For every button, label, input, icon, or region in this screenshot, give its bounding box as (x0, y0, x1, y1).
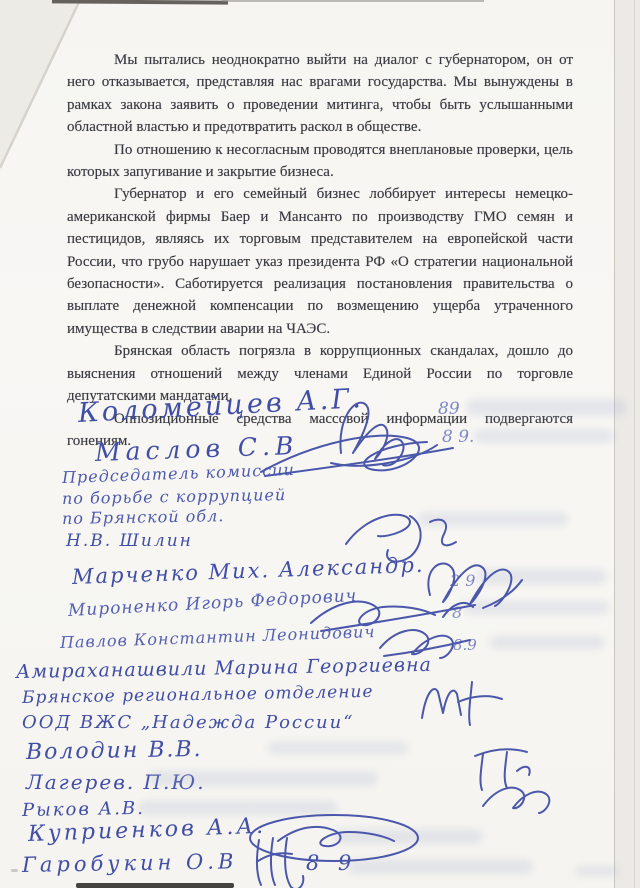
scan-edge-artifact-top-light (222, 0, 484, 2)
signature-org-line-2: ООД ВЖС „Надежда России“ (22, 712, 354, 733)
signature-flourish-9 (475, 776, 563, 821)
letter-paragraph-1: Мы пытались неоднократно выйти на диалог… (67, 49, 573, 139)
page-edge-line-right (634, 0, 635, 888)
signature-name-rykov: Рыков А.В. (22, 798, 145, 821)
page-edge-shadow-right (614, 0, 640, 888)
signature-org-line-1: Брянское региональное отделение (22, 682, 374, 708)
redacted-phone-smudge (575, 866, 620, 876)
redacted-phone-smudge (148, 771, 378, 786)
letter-paragraph-2: По отношению к несогласным проводятся вн… (67, 139, 573, 184)
signature-title-line-3: по Брянской обл. (62, 506, 225, 528)
signature-flourish-2 (255, 424, 460, 482)
signature-flourish-11 (246, 830, 314, 888)
letter-paragraph-3: Губернатор и его семейный бизнес лоббиру… (67, 183, 573, 340)
signature-name-shilin: Н.В. Шилин (66, 531, 193, 551)
signature-flourish-7 (410, 672, 508, 730)
redacted-phone-smudge (268, 742, 408, 754)
redacted-phone-smudge (490, 636, 605, 649)
scanned-letter-page: Мы пытались неоднократно выйти на диалог… (0, 0, 640, 888)
signature-flourish-6 (370, 618, 475, 666)
redacted-phone-smudge (474, 429, 614, 443)
scan-edge-artifact-bottom (76, 883, 234, 888)
paper-speck (11, 869, 18, 872)
signature-name-garobukin: Гаробукин О.В (22, 849, 238, 877)
redacted-phone-smudge (466, 399, 626, 416)
signature-name-volodin: Володин В.В. (26, 737, 203, 765)
signature-title-line-2: по борьбе с коррупцией (62, 485, 287, 508)
